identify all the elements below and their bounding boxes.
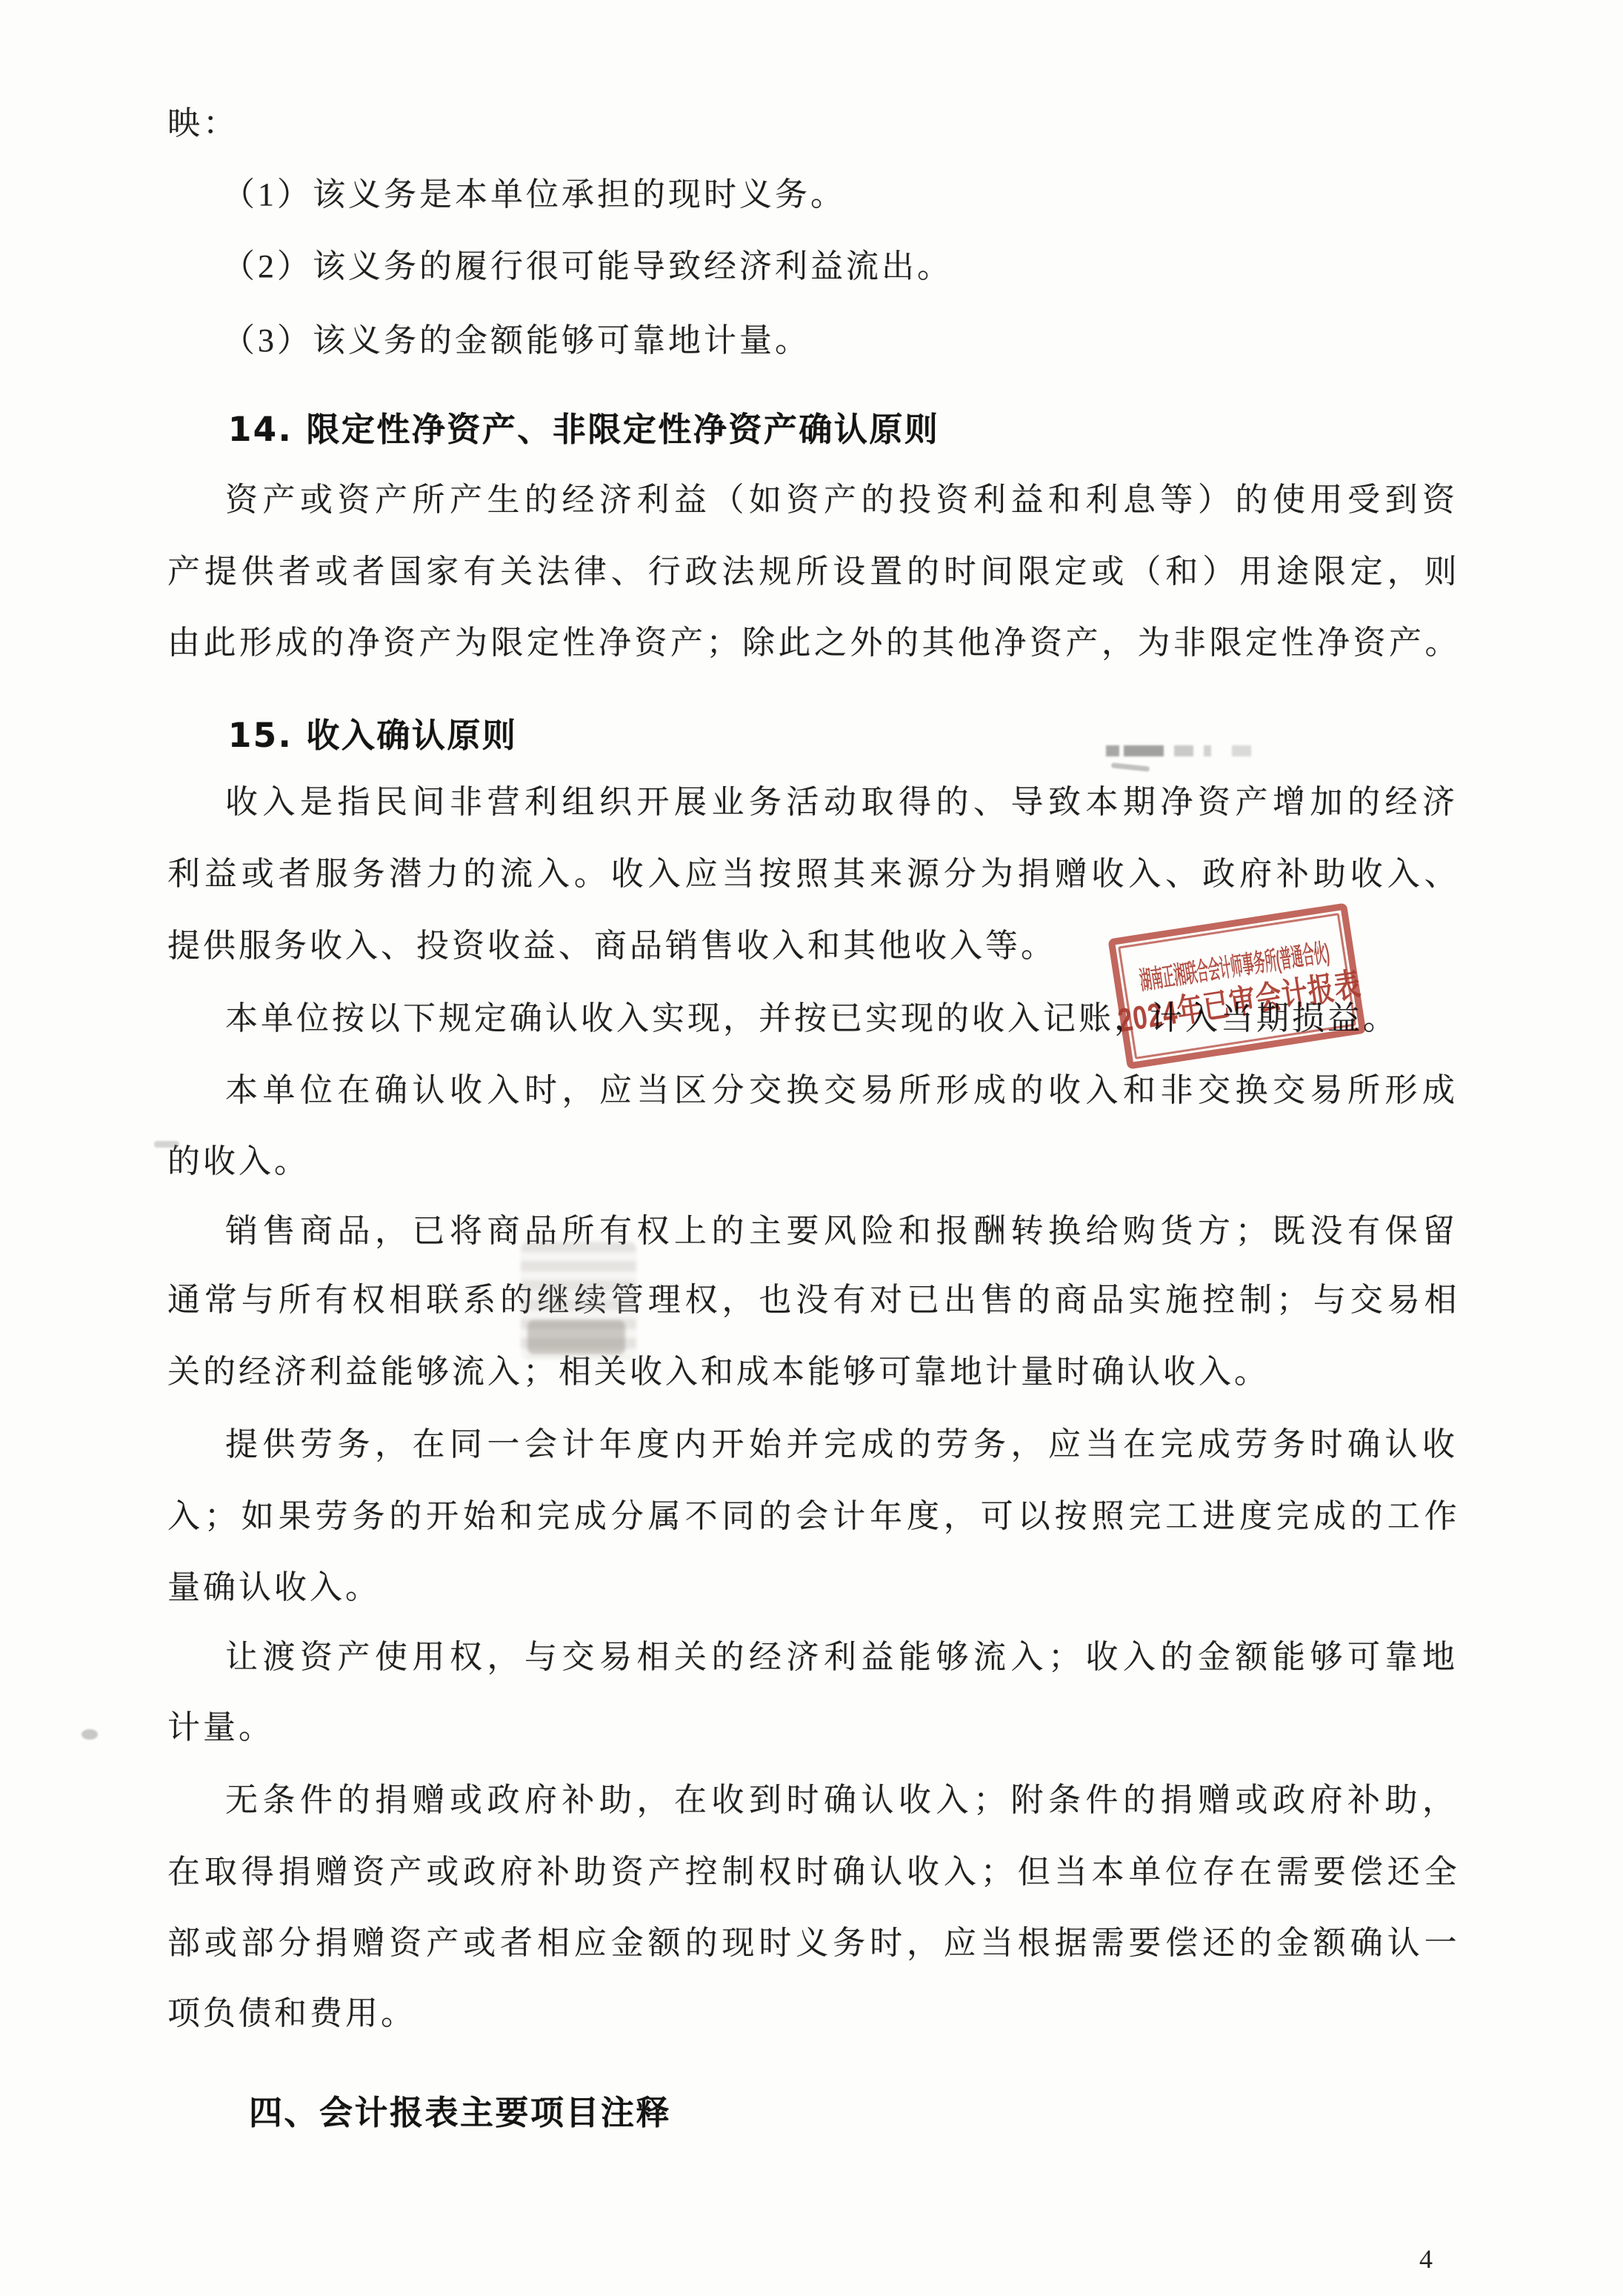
text-line: 无条件的捐赠或政府补助，在收到时确认收入；附条件的捐赠或政府补助， [225,1775,1460,1826]
text-line: 计量。 [167,1703,274,1753]
text-line: 本单位在确认收入时，应当区分交换交易所形成的收入和非交换交易所形成 [225,1065,1460,1116]
text-line: 提供劳务，在同一会计年度内开始并完成的劳务，应当在完成劳务时确认收 [225,1420,1460,1470]
text-line: 由此形成的净资产为限定性净资产；除此之外的其他净资产，为非限定性净资产。 [167,618,1461,668]
text-line: 映： [167,99,239,149]
text-line: 项负债和费用。 [167,1989,416,2039]
text-line: 的收入。 [167,1137,310,1187]
text-line: 入；如果劳务的开始和完成分属不同的会计年度，可以按照完工进度完成的工作 [167,1491,1462,1542]
text-line: 收入是指民间非营利组织开展业务活动取得的、导致本期净资产增加的经济 [225,777,1460,828]
audit-stamp: 湖南正湘联合会计师事务所(普通合伙) 2024年已审会计报表 [1107,902,1366,1069]
scan-smudge [81,1729,98,1740]
text-line: 产提供者或者国家有关法律、行政法规所设置的时间限定或（和）用途限定，则 [167,547,1462,597]
section-heading: 14. 限定性净资产、非限定性净资产确认原则 [228,405,939,455]
text-line: 资产或资产所产生的经济利益（如资产的投资利益和利息等）的使用受到资 [225,475,1460,525]
text-line: 利益或者服务潜力的流入。收入应当按照其来源分为捐赠收入、政府补助收入、 [167,849,1462,899]
scan-smudge [1106,741,1280,772]
text-line: 通常与所有权相联系的继续管理权，也没有对已出售的商品实施控制；与交易相 [167,1275,1462,1325]
document-page: 映：（1）该义务是本单位承担的现时义务。（2）该义务的履行很可能导致经济利益流出… [0,0,1623,2296]
scan-smudge [1111,762,1150,771]
text-line: （3）该义务的金额能够可靠地计量。 [222,316,810,366]
text-line: 在取得捐赠资产或政府补助资产控制权时确认收入；但当本单位存在需要偿还全 [167,1847,1462,1897]
text-line: （1）该义务是本单位承担的现时义务。 [222,170,846,220]
text-line: 销售商品，已将商品所有权上的主要风险和报酬转换给购货方；既没有保留 [225,1206,1460,1257]
text-line: 让渡资产使用权，与交易相关的经济利益能够流入；收入的金额能够可靠地 [225,1632,1460,1683]
section-heading: 四、会计报表主要项目注释 [249,2088,671,2138]
text-line: 量确认收入。 [167,1563,381,1613]
text-line: 提供服务收入、投资收益、商品销售收入和其他收入等。 [167,921,1056,971]
audit-stamp-border: 湖南正湘联合会计师事务所(普通合伙) 2024年已审会计报表 [1118,913,1356,1059]
page-number: 4 [1419,2243,1433,2275]
text-line: （2）该义务的履行很可能导致经济利益流出。 [222,242,953,292]
text-line: 部或部分捐赠资产或者相应金额的现时义务时，应当根据需要偿还的金额确认一 [167,1918,1462,1969]
text-line: 关的经济利益能够流入；相关收入和成本能够可靠地计量时确认收入。 [167,1347,1270,1397]
section-heading: 15. 收入确认原则 [228,711,517,761]
